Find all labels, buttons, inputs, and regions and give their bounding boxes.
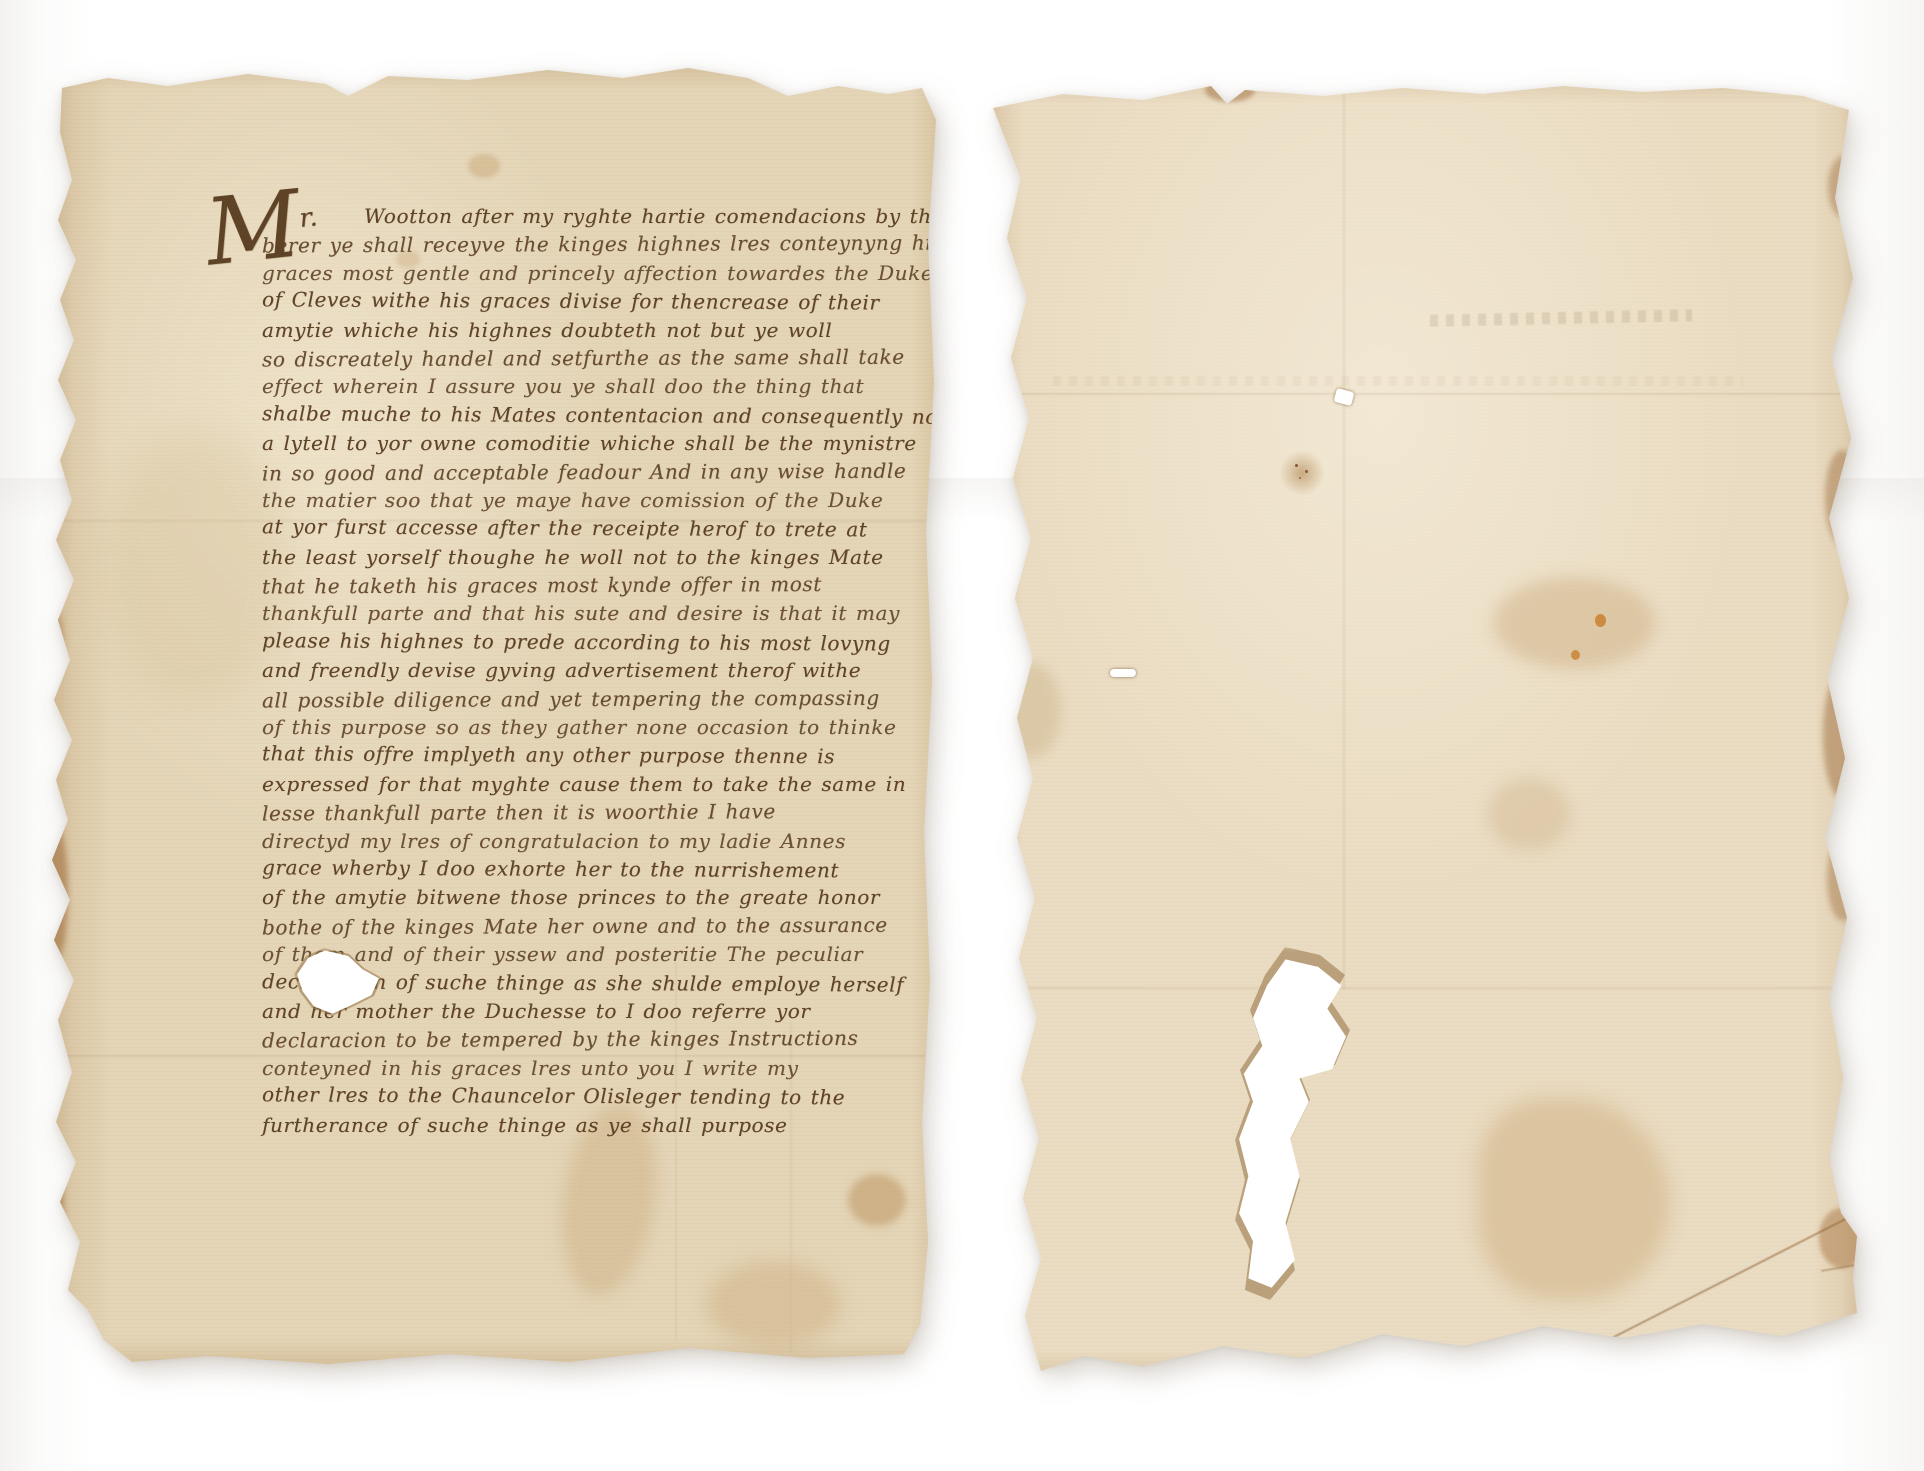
torn-edge-stain (1827, 836, 1859, 921)
manuscript-line: please his highnes to prede according to… (262, 626, 930, 658)
paper-loss-hole-large (1233, 947, 1353, 1302)
torn-edge-stain (42, 607, 64, 677)
fold-crease (993, 393, 1855, 395)
torn-edge-stain (1823, 673, 1859, 798)
manuscript-line: directyd my lres of congratulacion to my… (262, 827, 930, 855)
torn-edge-stain (42, 392, 66, 452)
paper-slit (1110, 669, 1136, 677)
fold-crease (993, 987, 1855, 989)
foxing-spot (468, 154, 500, 178)
manuscript-line: berer ye shall receyve the kinges highne… (262, 229, 930, 260)
manuscript-line: bothe of the kinges Mate her owne and to… (262, 910, 930, 941)
manuscript-line: effect wherein I assure you ye shall doo… (262, 372, 930, 400)
manuscript-line: amytie whiche his highnes doubteth not b… (262, 316, 930, 344)
damp-stain (103, 432, 288, 702)
torn-edge-stain (42, 1140, 64, 1300)
manuscript-line: of this purpose so as they gather none o… (262, 713, 930, 741)
rust-spot (1595, 614, 1606, 627)
manuscript-line: Wootton after my ryghte hartie comendaci… (364, 202, 930, 230)
manuscript-line: declaracion to be tempered by the kinges… (262, 1024, 930, 1055)
manuscript-line: of the amytie bitwene those princes to t… (262, 883, 930, 911)
rust-spot (1571, 650, 1580, 660)
damp-stain (1478, 1098, 1670, 1300)
initial-superscript: r. (298, 202, 319, 234)
paper-sheet-recto: Mr. Wootton after my ryghte hartie comen… (48, 62, 940, 1372)
manuscript-line: shalbe muche to his Mates contentacion a… (262, 399, 930, 431)
manuscript-line: of Cleves withe his graces divise for th… (262, 285, 930, 317)
paper-slit (1333, 388, 1354, 406)
damp-stain (1001, 663, 1061, 758)
paper-sheet-verso (983, 78, 1867, 1386)
manuscript-line: so discreately handel and setfurthe as t… (262, 342, 930, 373)
manuscript-line: and freendly devise gyving advertisement… (262, 656, 930, 684)
hole-void (297, 950, 379, 1015)
manuscript-line: in so good and acceptable feadour And in… (262, 456, 930, 487)
torn-edge-stain (40, 820, 68, 965)
manuscript-line: that this offre implyeth any other purpo… (262, 740, 930, 772)
stain-speck (1305, 470, 1308, 473)
fold-crease (1343, 82, 1345, 990)
manuscript-recto: Mr. Wootton after my ryghte hartie comen… (48, 62, 940, 1372)
stain-speck (1299, 477, 1301, 479)
manuscript-line: thankfull parte and that his sute and de… (262, 599, 930, 627)
ink-show-through (1430, 309, 1692, 326)
torn-edge-stain (1819, 1208, 1865, 1268)
manuscript-line: lesse thankfull parte then it is woorthi… (262, 797, 930, 828)
manuscript-line: conteyned in his graces lres unto you I … (262, 1054, 930, 1082)
damp-stain (1488, 778, 1570, 850)
stain-speck (1295, 464, 1298, 467)
damp-stain (706, 1260, 841, 1348)
manuscript-line: a lytell to yor owne comoditie whiche sh… (262, 429, 930, 457)
manuscript-line: that he taketh his graces most kynde off… (262, 570, 930, 601)
manuscript-line: at yor furst accesse after the receipte … (262, 513, 930, 545)
photo-backdrop: Mr. Wootton after my ryghte hartie comen… (0, 0, 1924, 1471)
manuscript-line: graces most gentle and princely affectio… (262, 259, 930, 287)
manuscript-line: furtherance of suche thinge as ye shall … (262, 1111, 930, 1139)
round-stain (1279, 450, 1325, 496)
paper-loss-hole (294, 948, 382, 1018)
torn-edge-stain (1828, 156, 1860, 218)
manuscript-line: all possible diligence and yet tempering… (262, 683, 930, 714)
torn-edge-stain (1825, 450, 1859, 545)
manuscript-line: grace wherby I doo exhorte her to the nu… (262, 853, 930, 885)
manuscript-line: other lres to the Chauncelor Olisleger t… (262, 1080, 930, 1112)
manuscript-line: expressed for that myghte cause them to … (262, 770, 930, 798)
torn-edge-stain (1205, 78, 1255, 102)
manuscript-line: the least yorself thoughe he woll not to… (262, 543, 930, 571)
manuscript-verso (983, 78, 1867, 1386)
damp-stain (848, 1174, 906, 1226)
manuscript-line: the matier soo that ye maye have comissi… (262, 486, 930, 514)
ink-show-through (1053, 376, 1743, 386)
